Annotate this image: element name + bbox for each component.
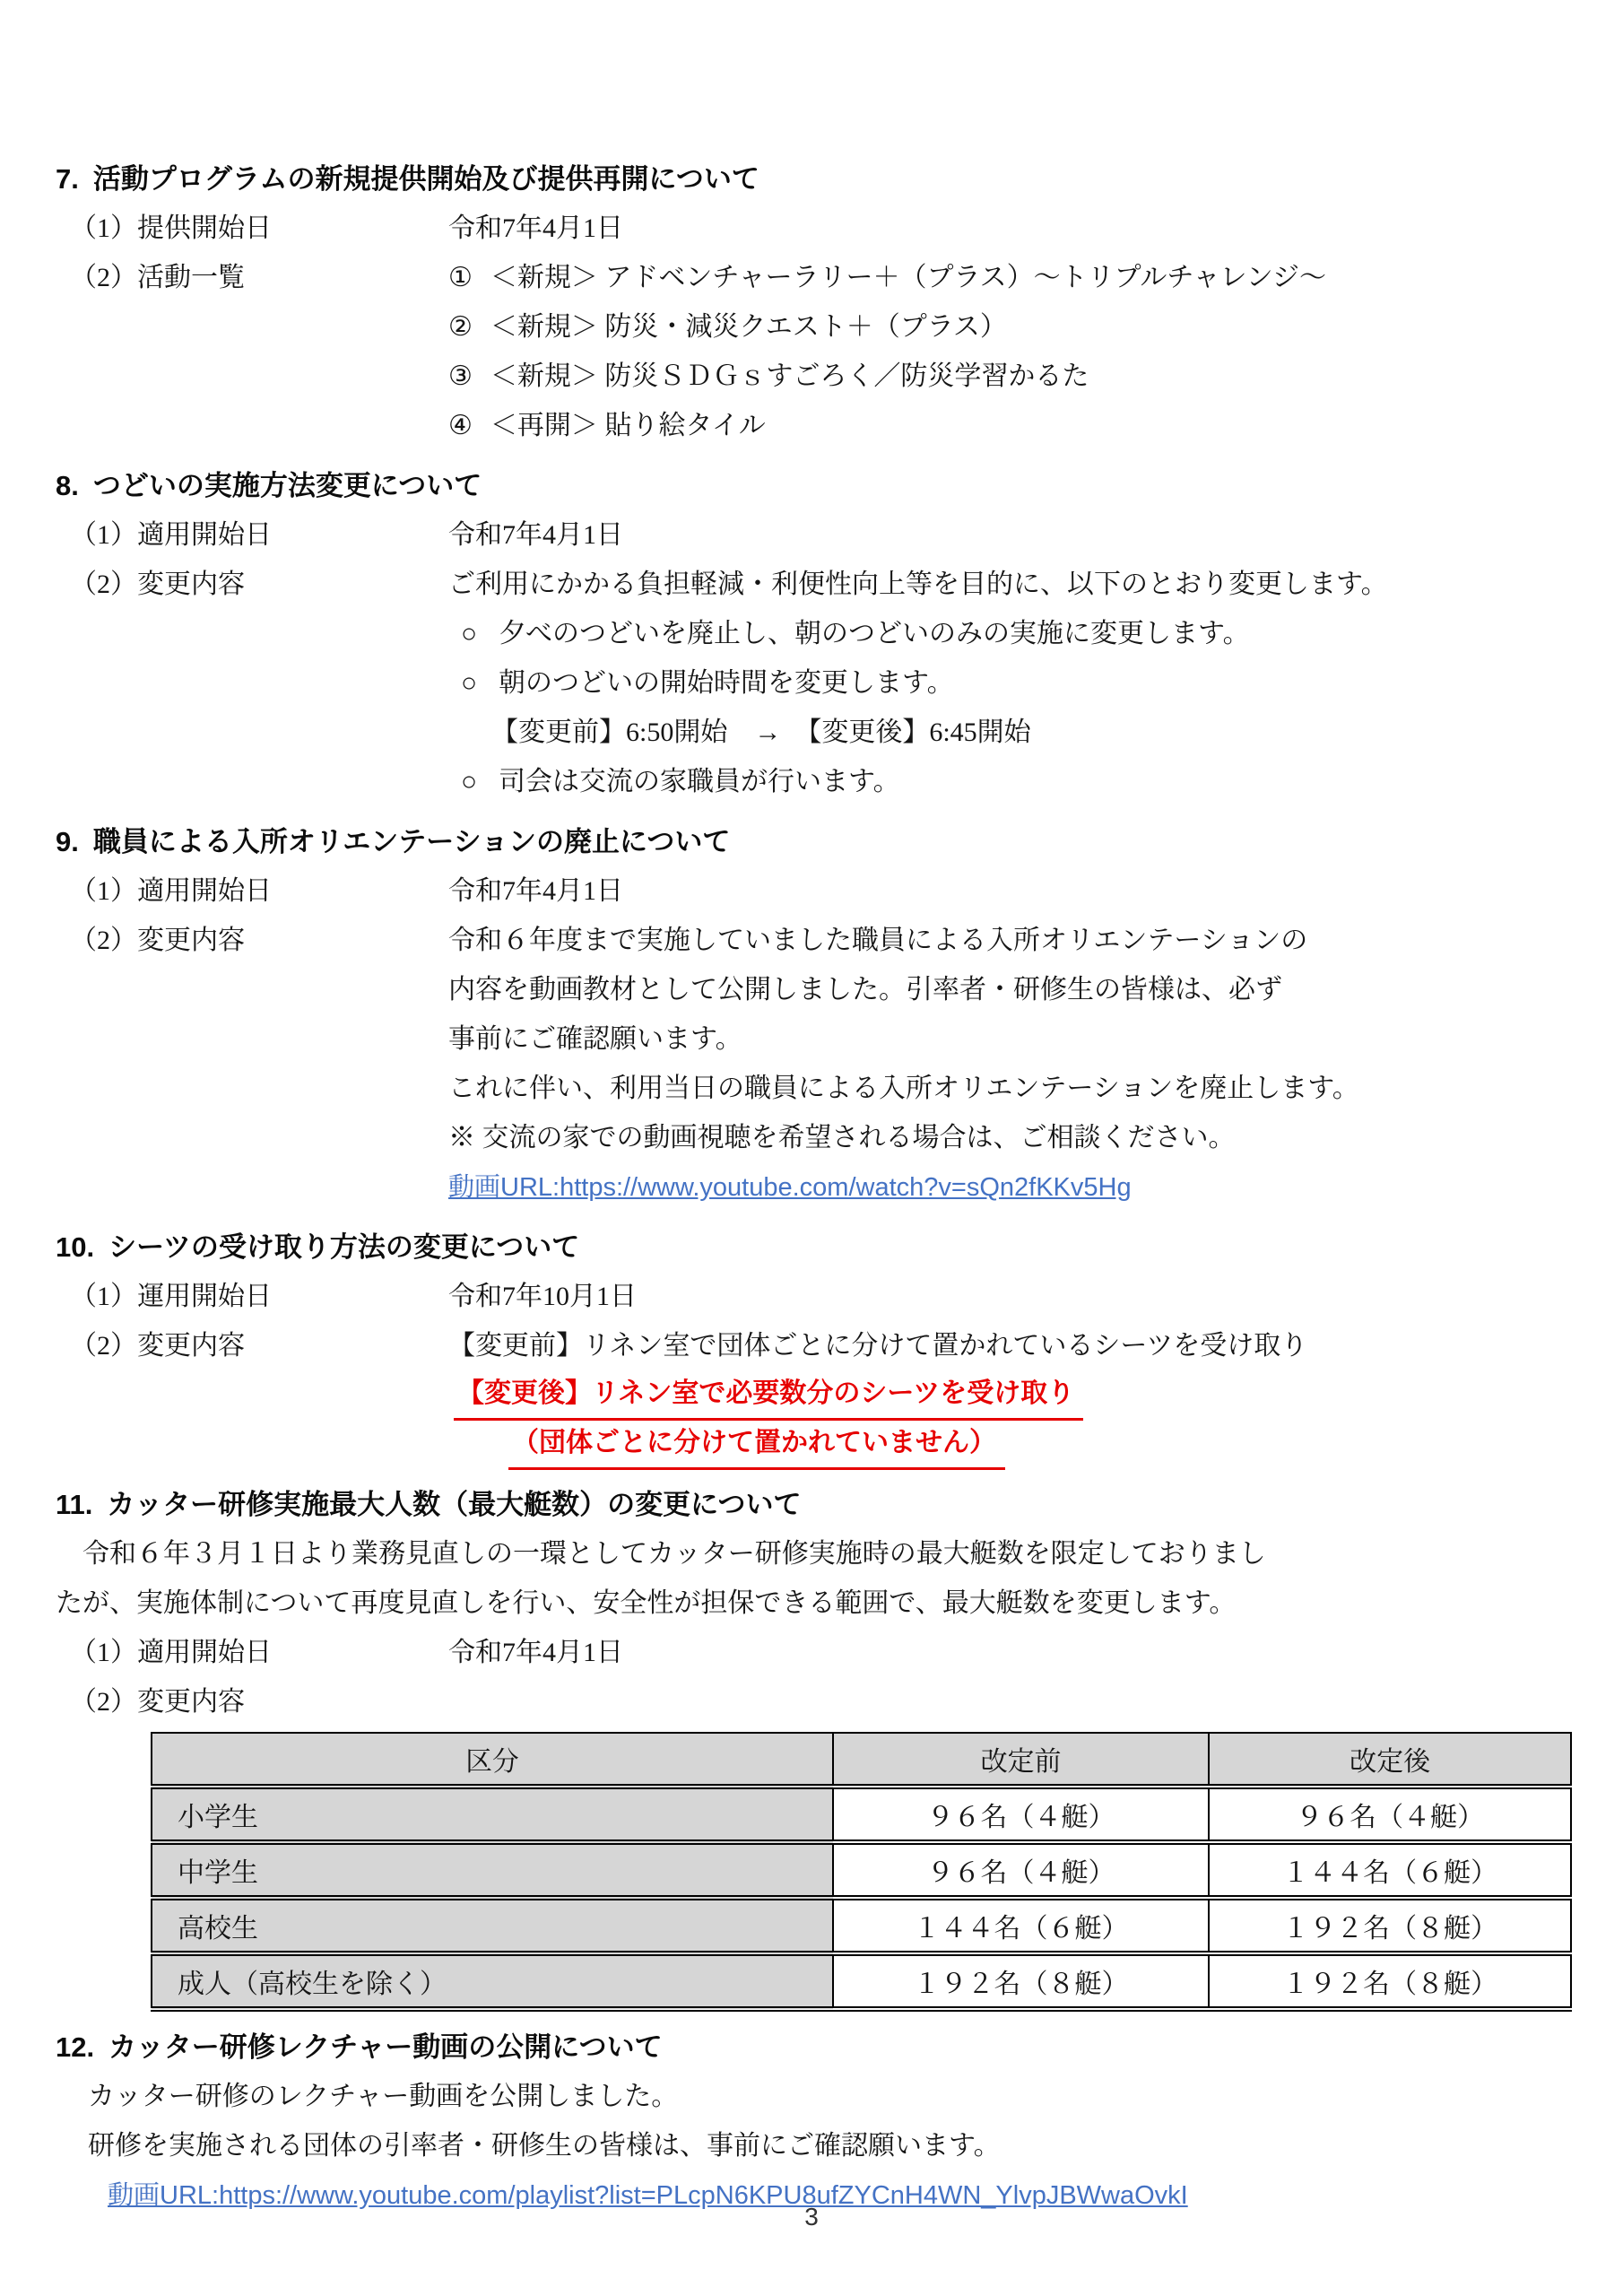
field-row: （2）活動一覧①＜新規＞ アドベンチャーラリー＋（プラス）～トリプルチャレンジ～ [56,253,1571,302]
table-cell-after: １９２名（８艇） [1209,1898,1571,1953]
field-row: （1）提供開始日令和7年4月1日 [56,204,1571,253]
table-cell-after: １９２名（８艇） [1209,1953,1571,2009]
time-change-line: 【変更前】6:50開始 → 【変更後】6:45開始 [56,708,1571,757]
field-value: ご利用にかかる負担軽減・利便性向上等を目的に、以下のとおり変更します。 [448,560,1388,609]
bullet-text: 司会は交流の家職員が行います。 [499,767,900,796]
field-value: 令和7年10月1日 [448,1272,637,1321]
list-item: ①＜新規＞ アドベンチャーラリー＋（プラス）～トリプルチャレンジ～ [448,253,1326,302]
table-cell-before: １４４名（６艇） [833,1898,1209,1953]
section-title: シーツの受け取り方法の変更について [108,1231,579,1263]
bullet-item: ○夕べのつどいを廃止し、朝のつどいのみの実施に変更します。 [56,609,1571,658]
capacity-table: 区分 改定前 改定後 小学生 ９６名（４艇） ９６名（４艇） 中学生 ９６名（４… [151,1732,1572,2012]
table-header-cell: 改定後 [1209,1733,1571,1787]
change-after-highlight: 【変更後】リネン室で必要数分のシーツを受け取り [56,1370,1571,1420]
bullet-item: ○朝のつどいの開始時間を変更します。 [56,658,1571,708]
table-row: 小学生 ９６名（４艇） ９６名（４艇） [152,1787,1571,1842]
list-marker: ① [448,253,473,302]
list-marker: ④ [448,401,473,450]
field-label: （1）運用開始日 [70,1272,448,1321]
change-after-text: 【変更後】リネン室で必要数分のシーツを受け取り [454,1370,1083,1421]
table-row: 中学生 ９６名（４艇） １４４名（６艇） [152,1842,1571,1898]
list-marker: ② [448,302,473,352]
paragraph-line: 令和６年３月１日より業務見直しの一環としてカッター研修実施時の最大艇数を限定して… [56,1529,1571,1578]
body-line: カッター研修のレクチャー動画を公開しました。 [56,2072,1571,2121]
field-row: （1）適用開始日令和7年4月1日 [56,1628,1571,1677]
list-item-text: ＜新規＞ 防災ＳＤＧｓすごろく／防災学習かるた [490,361,1089,391]
table-cell-after: １４４名（６艇） [1209,1842,1571,1898]
body-line: 研修を実施される団体の引率者・研修生の皆様は、事前にご確認願います。 [56,2121,1571,2170]
table-header-cell: 区分 [152,1733,833,1787]
body-line: 令和６年度まで実施していました職員による入所オリエンテーションの [448,916,1307,965]
list-item-text: ＜新規＞ アドベンチャーラリー＋（プラス）～トリプルチャレンジ～ [490,263,1326,292]
list-item: ④＜再開＞ 貼り絵タイル [56,401,1571,450]
section-8-heading: 8.つどいの実施方法変更について [56,461,1571,510]
field-row: （2）変更内容令和６年度まで実施していました職員による入所オリエンテーションの [56,916,1571,965]
field-row: （1）適用開始日令和7年4月1日 [56,866,1571,916]
field-label: （1）適用開始日 [70,510,448,560]
field-row: （2）変更内容 [56,1677,1571,1726]
list-marker: ③ [448,352,473,401]
section-9-heading: 9.職員による入所オリエンテーションの廃止について [56,817,1571,866]
field-row: （2）変更内容【変更前】リネン室で団体ごとに分けて置かれているシーツを受け取り [56,1321,1571,1370]
bullet-text: 朝のつどいの開始時間を変更します。 [499,668,954,698]
field-value: 【変更前】リネン室で団体ごとに分けて置かれているシーツを受け取り [448,1321,1307,1370]
section-title: つどいの実施方法変更について [93,470,482,501]
table-cell-category: 成人（高校生を除く） [152,1953,833,2009]
list-item-text: ＜新規＞ 防災・減災クエスト＋（プラス） [490,312,1007,342]
table-cell-category: 高校生 [152,1898,833,1953]
section-title: カッター研修レクチャー動画の公開について [108,2031,663,2063]
bullet-marker: ○ [461,609,488,658]
field-label: （1）適用開始日 [70,866,448,916]
field-value: 令和7年4月1日 [448,1628,623,1677]
section-number: 11. [56,1480,92,1529]
field-label: （2）変更内容 [70,1677,448,1726]
paragraph-line: たが、実施体制について再度見直しを行い、安全性が担保できる範囲で、最大艇数を変更… [56,1578,1571,1628]
video-url-link[interactable]: 動画URL:https://www.youtube.com/watch?v=sQ… [448,1173,1132,1202]
field-label: （1）適用開始日 [70,1628,448,1677]
field-value: 令和7年4月1日 [448,204,623,253]
section-number: 7. [56,154,79,204]
section-number: 8. [56,461,79,510]
document-content: 7.活動プログラムの新規提供開始及び提供再開について （1）提供開始日令和7年4… [0,0,1623,2220]
list-item-text: ＜再開＞ 貼り絵タイル [490,411,766,440]
document-page: 7.活動プログラムの新規提供開始及び提供再開について （1）提供開始日令和7年4… [0,0,1623,2296]
table-cell-category: 中学生 [152,1842,833,1898]
bullet-text: 夕べのつどいを廃止し、朝のつどいのみの実施に変更します。 [499,619,1250,648]
bullet-item: ○司会は交流の家職員が行います。 [56,757,1571,806]
bullet-text: 【変更前】6:50開始 → 【変更後】6:45開始 [491,717,1031,747]
field-label: （2）活動一覧 [70,253,448,302]
body-line: 内容を動画教材として公開しました。引率者・研修生の皆様は、必ず [448,965,1282,1014]
section-11-heading: 11.カッター研修実施最大人数（最大艇数）の変更について [56,1480,1571,1529]
table-row: 成人（高校生を除く） １９２名（８艇） １９２名（８艇） [152,1953,1571,2009]
field-value: 令和7年4月1日 [448,510,623,560]
note-line: ※ 交流の家での動画視聴を希望される場合は、ご相談ください。 [448,1113,1236,1162]
change-after-highlight: （団体ごとに分けて置かれていません） [56,1420,1571,1469]
section-number: 12. [56,2022,94,2072]
table-header-cell: 改定前 [833,1733,1209,1787]
body-line: これに伴い、利用当日の職員による入所オリエンテーションを廃止します。 [448,1064,1359,1113]
table-cell-before: ９６名（４艇） [833,1842,1209,1898]
section-12-heading: 12.カッター研修レクチャー動画の公開について [56,2022,1571,2072]
section-10-heading: 10.シーツの受け取り方法の変更について [56,1222,1571,1272]
field-label: （2）変更内容 [70,1321,448,1370]
field-row: （1）適用開始日令和7年4月1日 [56,510,1571,560]
section-title: 活動プログラムの新規提供開始及び提供再開について [93,163,759,195]
section-number: 9. [56,817,79,866]
table-cell-category: 小学生 [152,1787,833,1842]
field-value: 令和7年4月1日 [448,866,623,916]
field-row: （1）運用開始日令和7年10月1日 [56,1272,1571,1321]
body-line: 事前にご確認願います。 [448,1014,742,1064]
table-cell-before: １９２名（８艇） [833,1953,1209,2009]
page-number: 3 [0,2203,1623,2231]
list-item: ②＜新規＞ 防災・減災クエスト＋（プラス） [56,302,1571,352]
field-label: （2）変更内容 [70,916,448,965]
table-row: 高校生 １４４名（６艇） １９２名（８艇） [152,1898,1571,1953]
section-7-heading: 7.活動プログラムの新規提供開始及び提供再開について [56,154,1571,204]
change-after-text: （団体ごとに分けて置かれていません） [508,1420,1005,1470]
video-link-row: 動画URL:https://www.youtube.com/watch?v=sQ… [56,1162,1571,1212]
table-cell-after: ９６名（４艇） [1209,1787,1571,1842]
bullet-marker: ○ [461,658,488,708]
section-title: 職員による入所オリエンテーションの廃止について [93,826,731,857]
list-item: ③＜新規＞ 防災ＳＤＧｓすごろく／防災学習かるた [56,352,1571,401]
table-header-row: 区分 改定前 改定後 [152,1733,1571,1787]
section-title: カッター研修実施最大人数（最大艇数）の変更について [107,1489,801,1520]
table-cell-before: ９６名（４艇） [833,1787,1209,1842]
bullet-marker: ○ [461,757,488,806]
field-row: （2）変更内容ご利用にかかる負担軽減・利便性向上等を目的に、以下のとおり変更しま… [56,560,1571,609]
section-number: 10. [56,1222,94,1272]
field-label: （1）提供開始日 [70,204,448,253]
field-label: （2）変更内容 [70,560,448,609]
